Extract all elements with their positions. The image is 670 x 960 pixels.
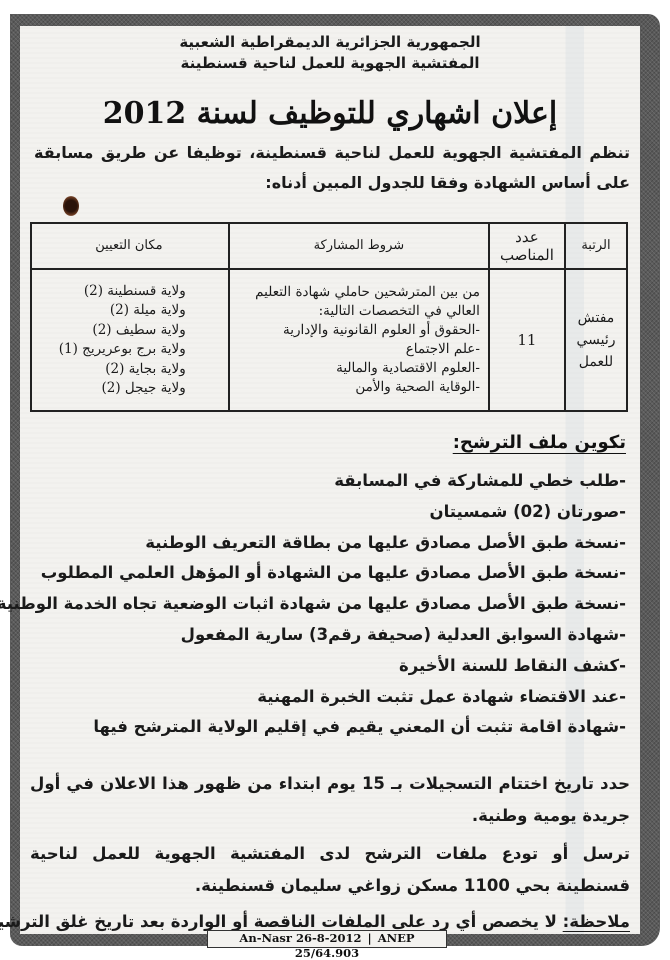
table-row: مفتش رئيسي للعمل 11 من بين المترشحين حام…	[31, 269, 627, 411]
rank-value: مفتش رئيسي للعمل	[566, 307, 626, 373]
header-place: مكان التعيين	[31, 223, 229, 269]
list-item: -شهادة اقامة تثبت أن المعني يقيم في إقلي…	[30, 712, 626, 743]
ad-title: إعلان اشهاري للتوظيف لسنة 2012	[20, 94, 640, 134]
cell-conditions: من بين المترشحين حاملي شهادة التعليم الع…	[229, 269, 489, 411]
list-item: -كشف النقاط للسنة الأخيرة	[30, 651, 626, 682]
place-item: ولاية قسنطينة (2)	[38, 282, 186, 302]
file-section-title: تكوين ملف الترشح:	[453, 432, 626, 453]
submission-paragraph: ترسل أو تودع ملفات الترشح لدى المفتشية ا…	[30, 838, 630, 902]
place-item: ولاية جيجل (2)	[38, 379, 186, 399]
list-item: -عند الاقتضاء شهادة عمل تثبت الخبرة المه…	[30, 682, 626, 713]
conditions-intro: من بين المترشحين حاملي شهادة التعليم الع…	[238, 283, 480, 321]
list-item: -شهادة السوابق العدلية (صحيفة رقم3) ساري…	[30, 620, 626, 651]
positions-table: الرتبة عدد المناصب شروط المشاركة مكان ال…	[30, 222, 628, 412]
intro-paragraph: تنظم المفتشية الجهوية للعمل لناحية قسنطي…	[34, 138, 630, 198]
cell-rank: مفتش رئيسي للعمل	[565, 269, 627, 411]
header-conditions: شروط المشاركة	[229, 223, 489, 269]
header-rank: الرتبة	[565, 223, 627, 269]
place-item: ولاية سطيف (2)	[38, 321, 186, 341]
place-item: ولاية برج بوعريريج (1)	[38, 340, 186, 360]
republic-name: الجمهورية الجزائرية الديمقراطية الشعبية	[20, 32, 640, 53]
conditions-item: -علم الاجتماع	[238, 340, 480, 359]
header-count: عدد المناصب	[489, 223, 565, 269]
note-label: ملاحظة:	[563, 912, 630, 931]
cell-places: ولاية قسنطينة (2) ولاية ميلة (2) ولاية س…	[31, 269, 229, 411]
list-item: -نسخة طبق الأصل مصادق عليها من بطاقة الت…	[30, 528, 626, 559]
list-item: -نسخة طبق الأصل مصادق عليها من شهادة اثب…	[30, 589, 626, 620]
list-item: -صورتان (02) شمسيتان	[30, 497, 626, 528]
list-item: -طلب خطي للمشاركة في المسابقة	[30, 466, 626, 497]
official-header: الجمهورية الجزائرية الديمقراطية الشعبية …	[20, 32, 640, 74]
ad-paper: الجمهورية الجزائرية الديمقراطية الشعبية …	[20, 26, 640, 934]
conditions-item: -الحقوق أو العلوم القانونية والإدارية	[238, 321, 480, 340]
deadline-paragraph: حدد تاريخ اختتام التسجيلات بـ 15 يوم ابت…	[30, 768, 630, 832]
footer-separator: |	[368, 931, 372, 945]
cell-count: 11	[489, 269, 565, 411]
place-item: ولاية بجاية (2)	[38, 360, 186, 380]
conditions-item: -العلوم الاقتصادية والمالية	[238, 359, 480, 378]
list-item: -نسخة طبق الأصل مصادق عليها من الشهادة أ…	[30, 558, 626, 589]
ink-stain	[63, 196, 79, 216]
conditions-item: -الوقاية الصحية والأمن	[238, 378, 480, 397]
place-item: ولاية ميلة (2)	[38, 301, 186, 321]
note-text: لا يخصص أي رد على الملفات الناقصة أو الو…	[0, 912, 563, 931]
inspectorate-name: المفتشية الجهوية للعمل لناحية قسنطينة	[20, 53, 640, 74]
publication-footer: An-Nasr 26-8-2012|ANEP 25/64.903	[207, 930, 447, 948]
newspaper-date: An-Nasr 26-8-2012	[239, 931, 361, 945]
table-header-row: الرتبة عدد المناصب شروط المشاركة مكان ال…	[31, 223, 627, 269]
required-documents-list: -طلب خطي للمشاركة في المسابقة -صورتان (0…	[30, 466, 626, 743]
